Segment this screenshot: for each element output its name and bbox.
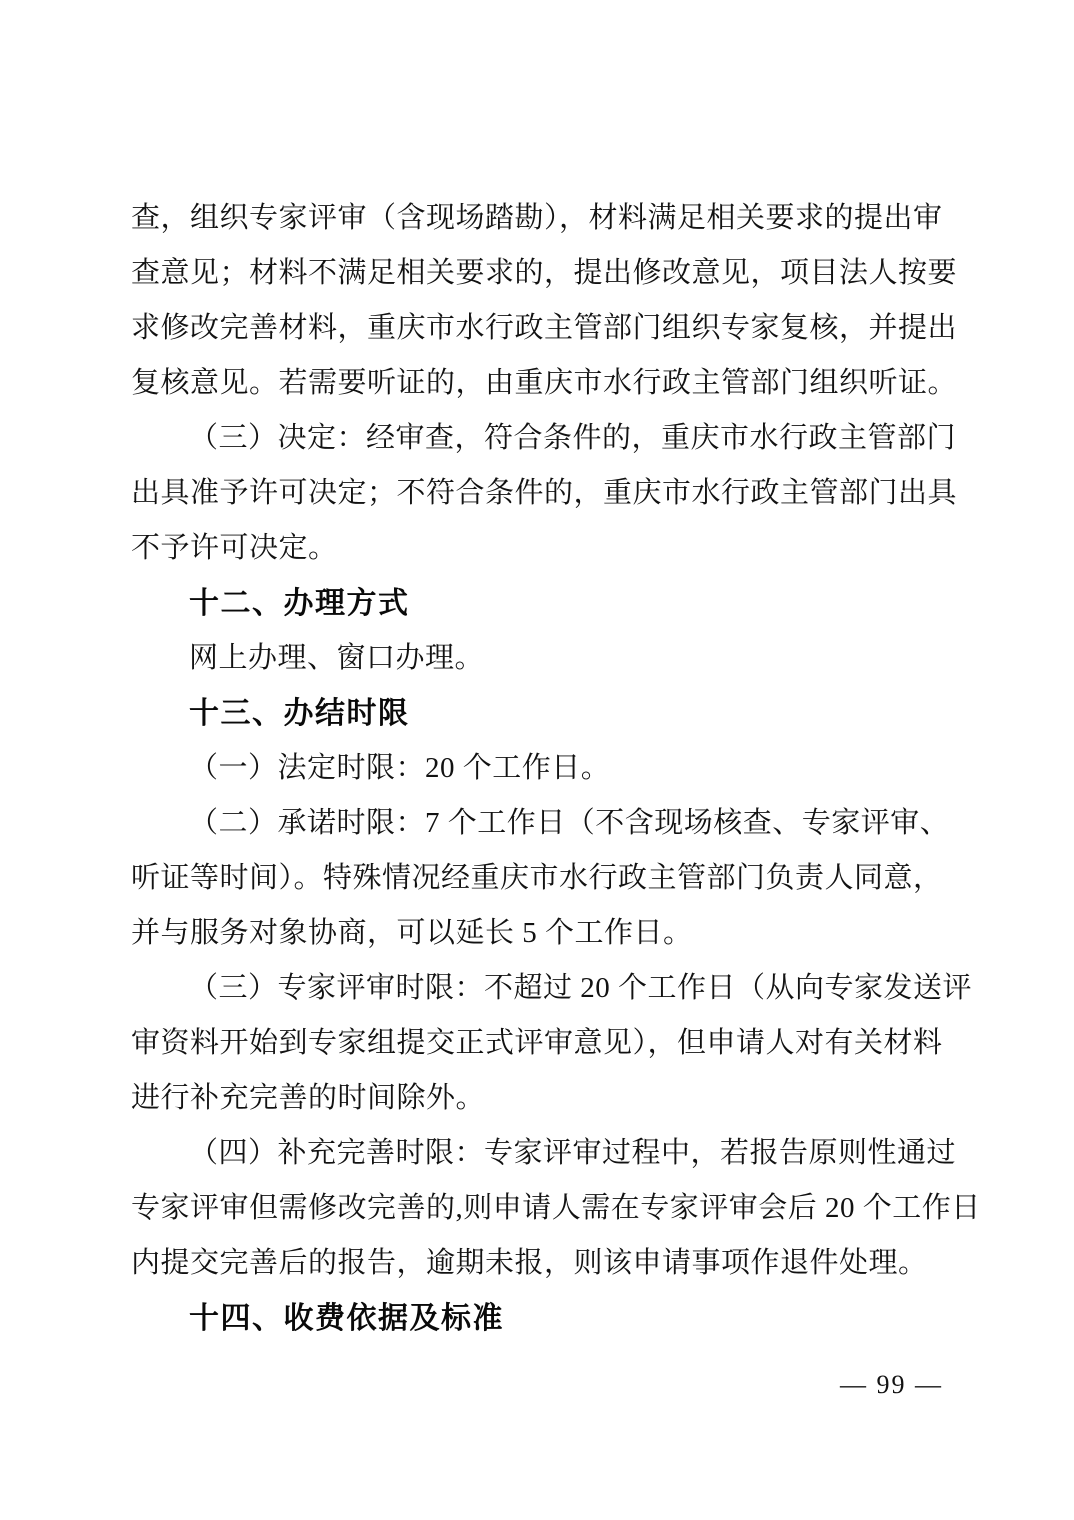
text-line: 专家评审但需修改完善的,则申请人需在专家评审会后 20 个工作日 — [131, 1181, 961, 1236]
text-line: 出具准予许可决定；不符合条件的，重庆市水行政主管部门出具 — [131, 466, 961, 521]
text-line: 内提交完善后的报告，逾期未报，则该申请事项作退件处理。 — [131, 1236, 961, 1291]
page-body: 查，组织专家评审（含现场踏勘），材料满足相关要求的提出审 查意见；材料不满足相关… — [131, 191, 961, 1346]
text-line: （四）补充完善时限：专家评审过程中，若报告原则性通过 — [131, 1126, 961, 1181]
document-page: 查，组织专家评审（含现场踏勘），材料满足相关要求的提出审 查意见；材料不满足相关… — [0, 0, 1074, 1520]
text-line: 网上办理、窗口办理。 — [131, 631, 961, 686]
text-line: 查意见；材料不满足相关要求的，提出修改意见，项目法人按要 — [131, 246, 961, 301]
text-line: 不予许可决定。 — [131, 521, 961, 576]
text-line: 审资料开始到专家组提交正式评审意见），但申请人对有关材料 — [131, 1016, 961, 1071]
text-line: （三）专家评审时限：不超过 20 个工作日（从向专家发送评 — [131, 961, 961, 1016]
section-heading: 十三、办结时限 — [131, 686, 961, 741]
text-line: 并与服务对象协商，可以延长 5 个工作日。 — [131, 906, 961, 961]
text-line: 查，组织专家评审（含现场踏勘），材料满足相关要求的提出审 — [131, 191, 961, 246]
text-line: 听证等时间）。特殊情况经重庆市水行政主管部门负责人同意， — [131, 851, 961, 906]
text-line: 复核意见。若需要听证的，由重庆市水行政主管部门组织听证。 — [131, 356, 961, 411]
text-line: 进行补充完善的时间除外。 — [131, 1071, 961, 1126]
text-line: （一）法定时限：20 个工作日。 — [131, 741, 961, 796]
text-line: （三）决定：经审查，符合条件的，重庆市水行政主管部门 — [131, 411, 961, 466]
section-heading: 十四、收费依据及标准 — [131, 1291, 961, 1346]
page-number: — 99 — — [840, 1370, 943, 1400]
text-line: 求修改完善材料，重庆市水行政主管部门组织专家复核，并提出 — [131, 301, 961, 356]
section-heading: 十二、办理方式 — [131, 576, 961, 631]
text-line: （二）承诺时限：7 个工作日（不含现场核查、专家评审、 — [131, 796, 961, 851]
